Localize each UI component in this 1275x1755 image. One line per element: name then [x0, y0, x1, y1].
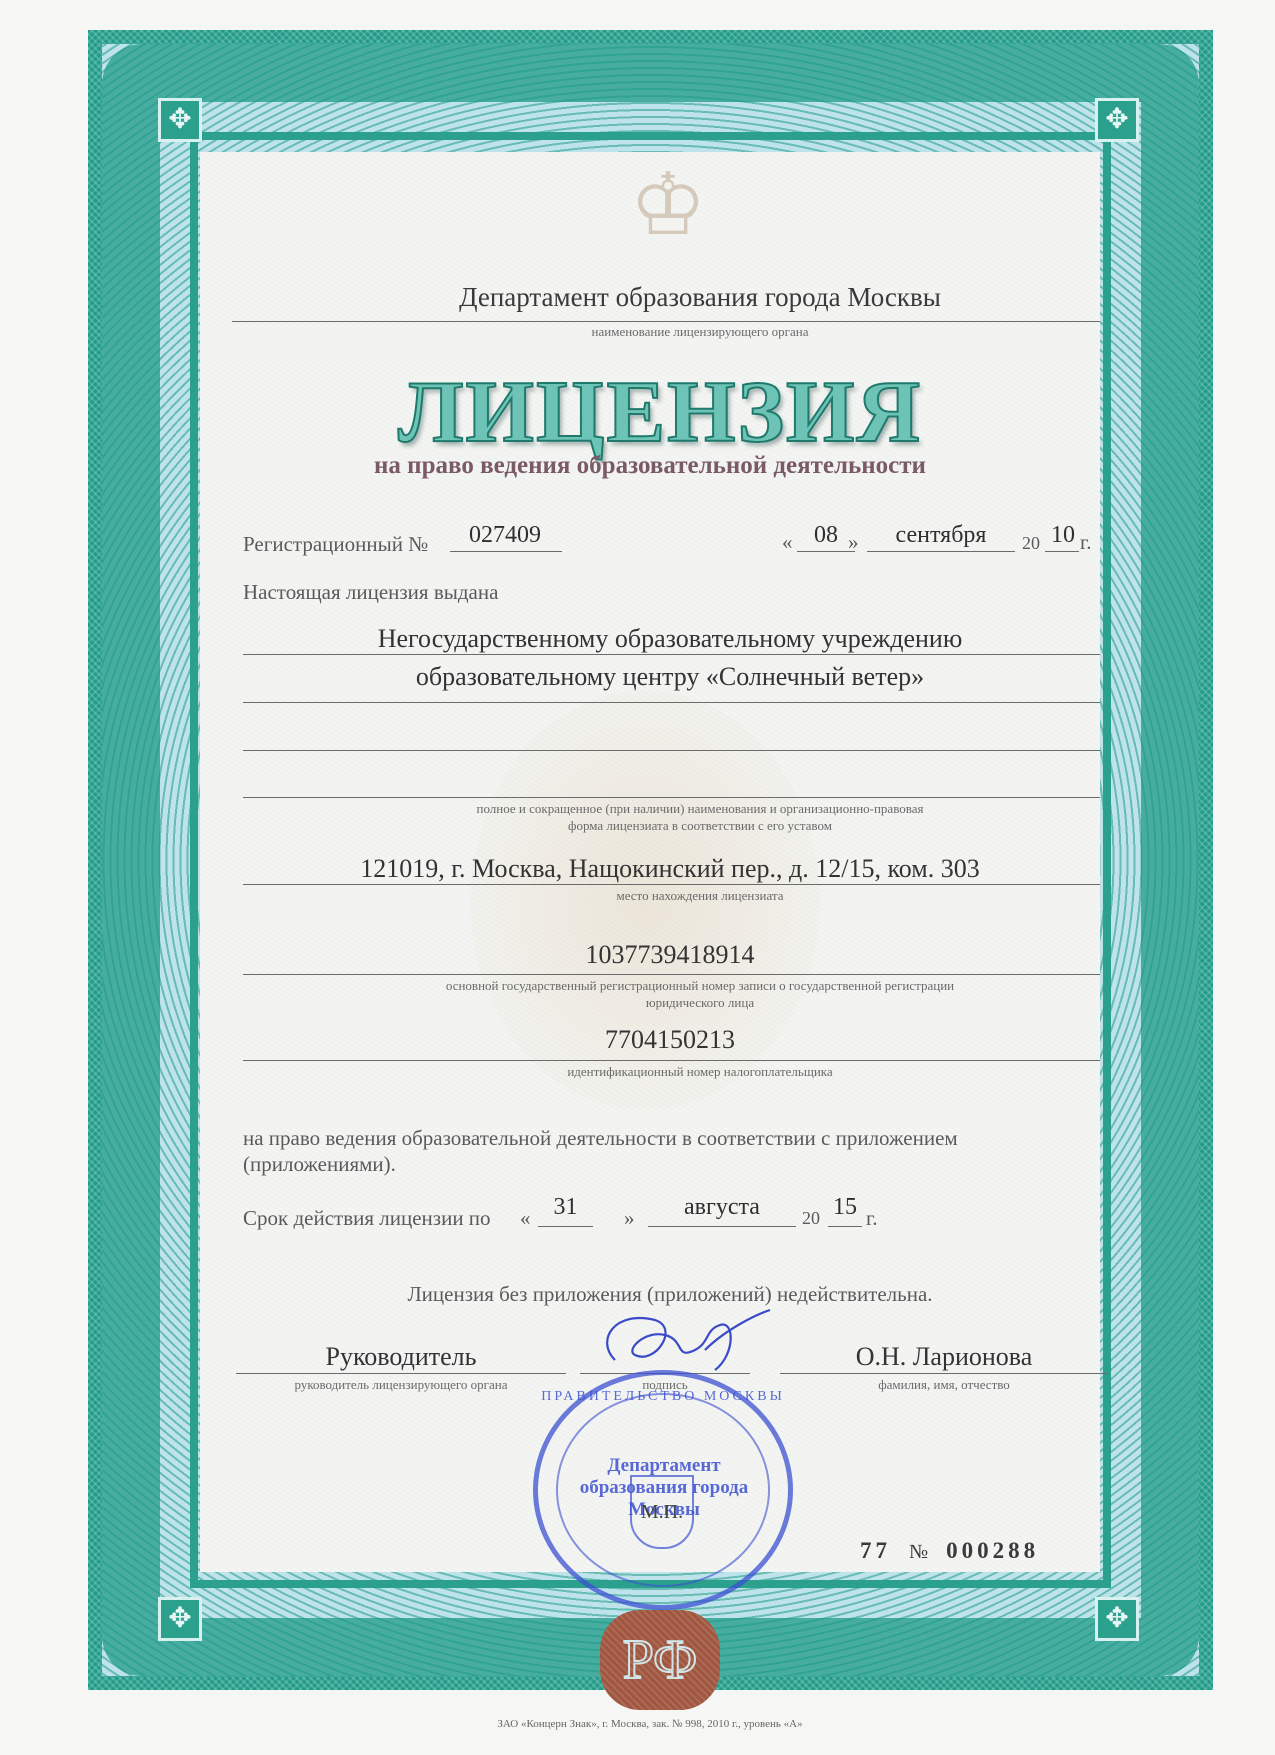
- registration-year: 10: [1045, 522, 1081, 549]
- validity-day: 31: [538, 1194, 593, 1221]
- inn-value: 7704150213: [240, 1025, 1100, 1055]
- official-seal: ПРАВИТЕЛЬСТВО МОСКВЫ Департамент образов…: [533, 1370, 793, 1610]
- corner-ornament-icon: [1095, 98, 1139, 142]
- form-serial-number: 77№000288: [860, 1538, 1039, 1564]
- document-subtitle: на право ведения образовательной деятель…: [300, 452, 1000, 480]
- scope-line1: на право ведения образовательной деятель…: [243, 1126, 958, 1151]
- corner-ornament-icon: [1095, 1597, 1139, 1641]
- ogrn-value: 1037739418914: [240, 940, 1100, 970]
- corner-ornament-icon: [158, 1597, 202, 1641]
- validity-month: августа: [648, 1194, 796, 1221]
- licensee-name-line2: образовательному центру «Солнечный ветер…: [240, 662, 1100, 692]
- licensee-name-line1: Негосударственному образовательному учре…: [240, 624, 1100, 654]
- issuer-name: Департамент образования города Москвы: [300, 282, 1100, 313]
- document-title: ЛИЦЕНЗИЯ: [360, 362, 960, 463]
- registration-day: 08: [797, 522, 855, 549]
- validity-label: Срок действия лицензии по: [243, 1206, 491, 1231]
- registration-month: сентября: [867, 522, 1015, 549]
- rf-emblem-icon: РФ: [600, 1610, 720, 1710]
- seal-place-mark: М.П.: [630, 1475, 694, 1549]
- corner-ornament-icon: [158, 98, 202, 142]
- validity-year: 15: [828, 1194, 862, 1221]
- registration-label: Регистрационный №: [243, 532, 428, 557]
- issuer-caption: наименование лицензирующего органа: [300, 324, 1100, 340]
- registration-number: 027409: [450, 522, 560, 549]
- signatory-name: О.Н. Ларионова: [780, 1342, 1108, 1372]
- scope-line2: (приложениями).: [243, 1152, 396, 1177]
- issued-to-label: Настоящая лицензия выдана: [243, 580, 498, 605]
- coat-of-arms-icon: ♔: [618, 150, 718, 260]
- printer-imprint: ЗАО «Концерн Знак», г. Москва, зак. № 99…: [300, 1718, 1000, 1730]
- licensee-address: 121019, г. Москва, Нащокинский пер., д. …: [240, 854, 1100, 884]
- signatory-position: Руководитель: [236, 1342, 566, 1372]
